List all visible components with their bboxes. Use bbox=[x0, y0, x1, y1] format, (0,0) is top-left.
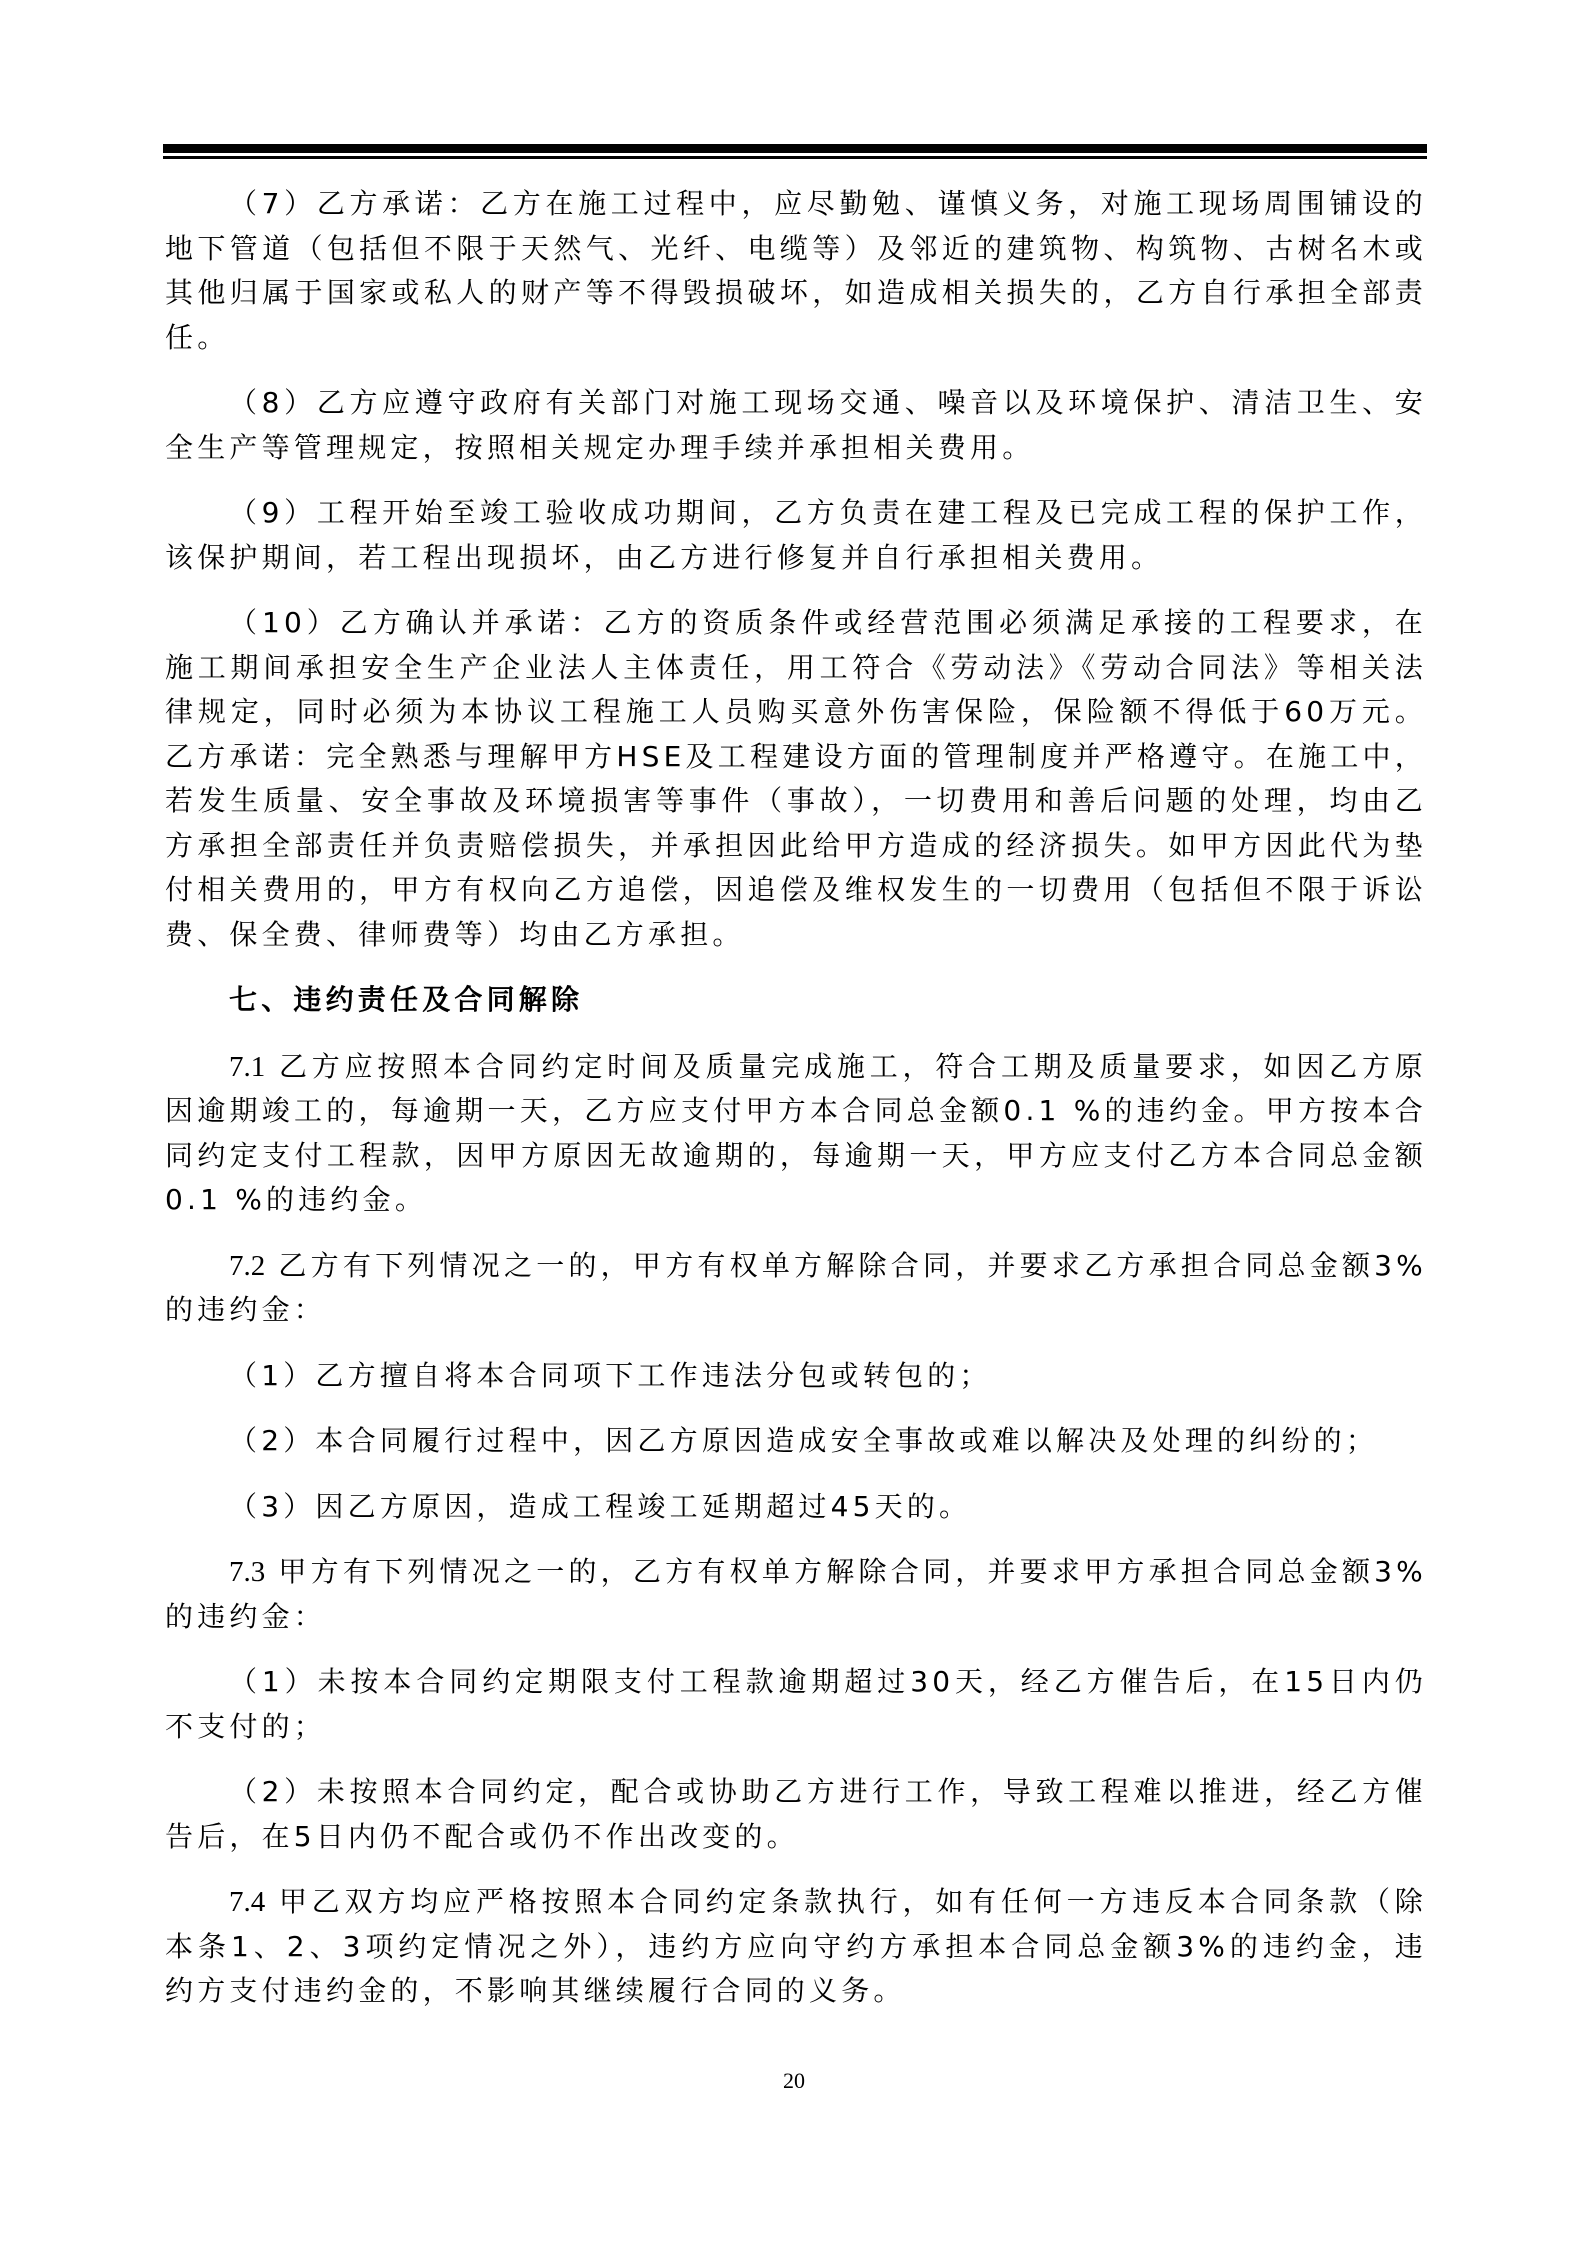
page-number: 20 bbox=[0, 2068, 1588, 2094]
section-text: 甲方有下列情况之一的，乙方有权单方解除合同，并要求甲方承担合同总金额3%的违约金… bbox=[165, 1555, 1427, 1633]
section-text: 甲乙双方均应严格按照本合同约定条款执行，如有任何一方违反本合同条款（除本条1、2… bbox=[165, 1885, 1427, 2007]
header-double-rule bbox=[163, 144, 1427, 159]
section-number: 7.1 bbox=[229, 1051, 265, 1083]
clause-10: （10）乙方确认并承诺：乙方的资质条件或经营范围必须满足承接的工程要求，在施工期… bbox=[165, 601, 1427, 957]
section-7-1: 7.1 乙方应按照本合同约定时间及质量完成施工，符合工期及质量要求，如因乙方原因… bbox=[165, 1045, 1427, 1223]
section-number: 7.4 bbox=[229, 1886, 265, 1918]
header-rule-thick bbox=[163, 144, 1427, 153]
section-7-2-item-2: （2）本合同履行过程中，因乙方原因造成安全事故或难以解决及处理的纠纷的； bbox=[165, 1419, 1427, 1464]
section-7-3-item-1: （1）未按本合同约定期限支付工程款逾期超过30天，经乙方催告后，在15日内仍不支… bbox=[165, 1660, 1427, 1749]
section-7-3-item-2: （2）未按照本合同约定，配合或协助乙方进行工作，导致工程难以推进，经乙方催告后，… bbox=[165, 1770, 1427, 1859]
section-7-2-item-1: （1）乙方擅自将本合同项下工作违法分包或转包的； bbox=[165, 1354, 1427, 1399]
section-7-4: 7.4 甲乙双方均应严格按照本合同约定条款执行，如有任何一方违反本合同条款（除本… bbox=[165, 1880, 1427, 2014]
section-text: 乙方应按照本合同约定时间及质量完成施工，符合工期及质量要求，如因乙方原因逾期竣工… bbox=[165, 1050, 1427, 1217]
section-heading-7: 七、违约责任及合同解除 bbox=[165, 978, 1427, 1023]
section-7-2: 7.2 乙方有下列情况之一的，甲方有权单方解除合同，并要求乙方承担合同总金额3%… bbox=[165, 1244, 1427, 1333]
section-7-3: 7.3 甲方有下列情况之一的，乙方有权单方解除合同，并要求甲方承担合同总金额3%… bbox=[165, 1550, 1427, 1639]
header-rule-thin bbox=[163, 156, 1427, 159]
clause-9: （9）工程开始至竣工验收成功期间，乙方负责在建工程及已完成工程的保护工作，该保护… bbox=[165, 491, 1427, 580]
clause-7: （7）乙方承诺：乙方在施工过程中，应尽勤勉、谨慎义务，对施工现场周围铺设的地下管… bbox=[165, 182, 1427, 360]
document-page: （7）乙方承诺：乙方在施工过程中，应尽勤勉、谨慎义务，对施工现场周围铺设的地下管… bbox=[0, 0, 1588, 2246]
section-text: 乙方有下列情况之一的，甲方有权单方解除合同，并要求乙方承担合同总金额3%的违约金… bbox=[165, 1249, 1427, 1327]
clause-8: （8）乙方应遵守政府有关部门对施工现场交通、噪音以及环境保护、清洁卫生、安全生产… bbox=[165, 381, 1427, 470]
document-body: （7）乙方承诺：乙方在施工过程中，应尽勤勉、谨慎义务，对施工现场周围铺设的地下管… bbox=[165, 182, 1427, 2035]
section-7-2-item-3: （3）因乙方原因，造成工程竣工延期超过45天的。 bbox=[165, 1485, 1427, 1530]
section-number: 7.2 bbox=[229, 1250, 265, 1282]
section-number: 7.3 bbox=[229, 1556, 265, 1588]
